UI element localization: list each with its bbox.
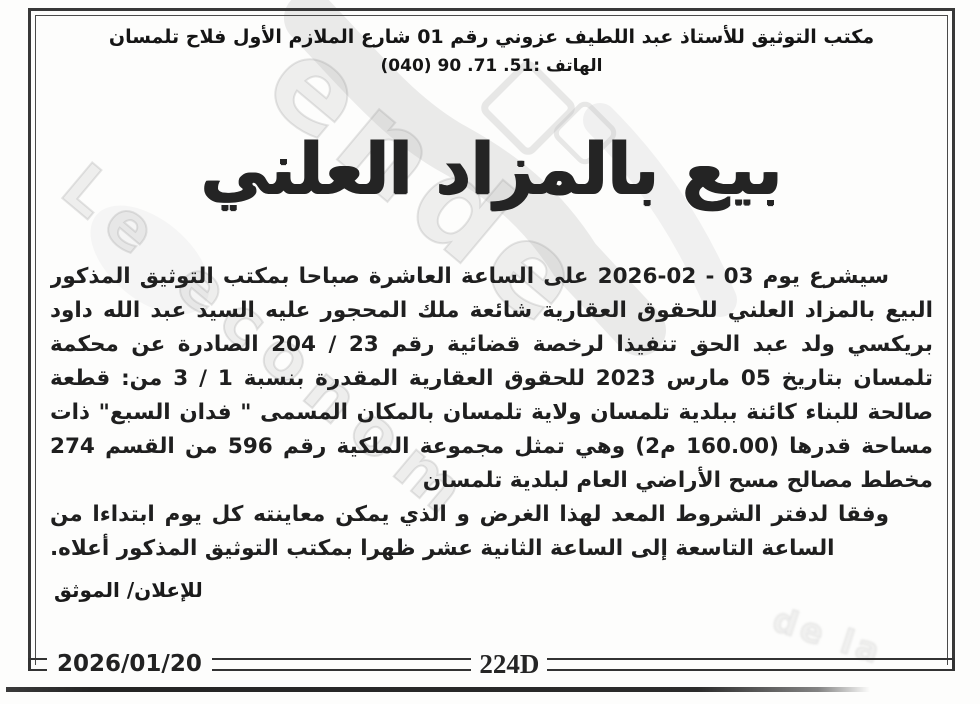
body-line: صالحة للبناء كائنة ببلدية تلمسان ولاية ت…: [50, 396, 933, 430]
notary-phone-line: الهاتف :51. 71. 90 (040): [50, 56, 933, 76]
bottom-scan-divider-line: [6, 687, 870, 692]
frame-bottom-right-corner: [918, 658, 955, 671]
frame-bottom-left-corner: [28, 658, 47, 671]
reference-code: 224D: [471, 649, 547, 680]
body-line: وفقا لدفتر الشروط المعد لهذا الغرض و الذ…: [50, 498, 933, 532]
body-line: مساحة قدرها (160.00 م2) وهي تمثل مجموعة …: [50, 430, 933, 464]
auction-title: بيع بالمزاد العلني: [50, 118, 933, 222]
notice-body: سيشرع يوم 03 - 02-2026 على الساعة العاشر…: [50, 260, 933, 566]
footer-rule-row: 2026/01/20 224D: [28, 649, 955, 679]
body-line: سيشرع يوم 03 - 02-2026 على الساعة العاشر…: [50, 260, 933, 294]
notary-signature-label: للإعلان/ الموثق: [50, 578, 933, 602]
scanned-auction-notice-page: ende Le econom de la مكتب التوثيق للأستا…: [0, 0, 980, 704]
publication-date: 2026/01/20: [47, 651, 212, 677]
footer-double-line: [547, 658, 918, 671]
body-line: تلمسان بتاريخ 05 مارس 2023 للحقوق العقار…: [50, 362, 933, 396]
notice-border-frame: مكتب التوثيق للأستاذ عبد اللطيف عزوني رق…: [28, 8, 955, 665]
body-line: بريكسي ولد عبد الحق تنفيذا لرخصة قضائية …: [50, 328, 933, 362]
body-line: البيع بالمزاد العلني للحقوق العقارية شائ…: [50, 294, 933, 328]
notary-office-header: مكتب التوثيق للأستاذ عبد اللطيف عزوني رق…: [50, 26, 933, 48]
body-line: الساعة التاسعة إلى الساعة الثانية عشر ظه…: [50, 532, 933, 566]
body-line: مخطط مصالح مسح الأراضي العام لبلدية تلمس…: [50, 464, 933, 498]
notice-inner-frame: مكتب التوثيق للأستاذ عبد اللطيف عزوني رق…: [35, 15, 948, 665]
footer-double-line: [212, 658, 471, 671]
